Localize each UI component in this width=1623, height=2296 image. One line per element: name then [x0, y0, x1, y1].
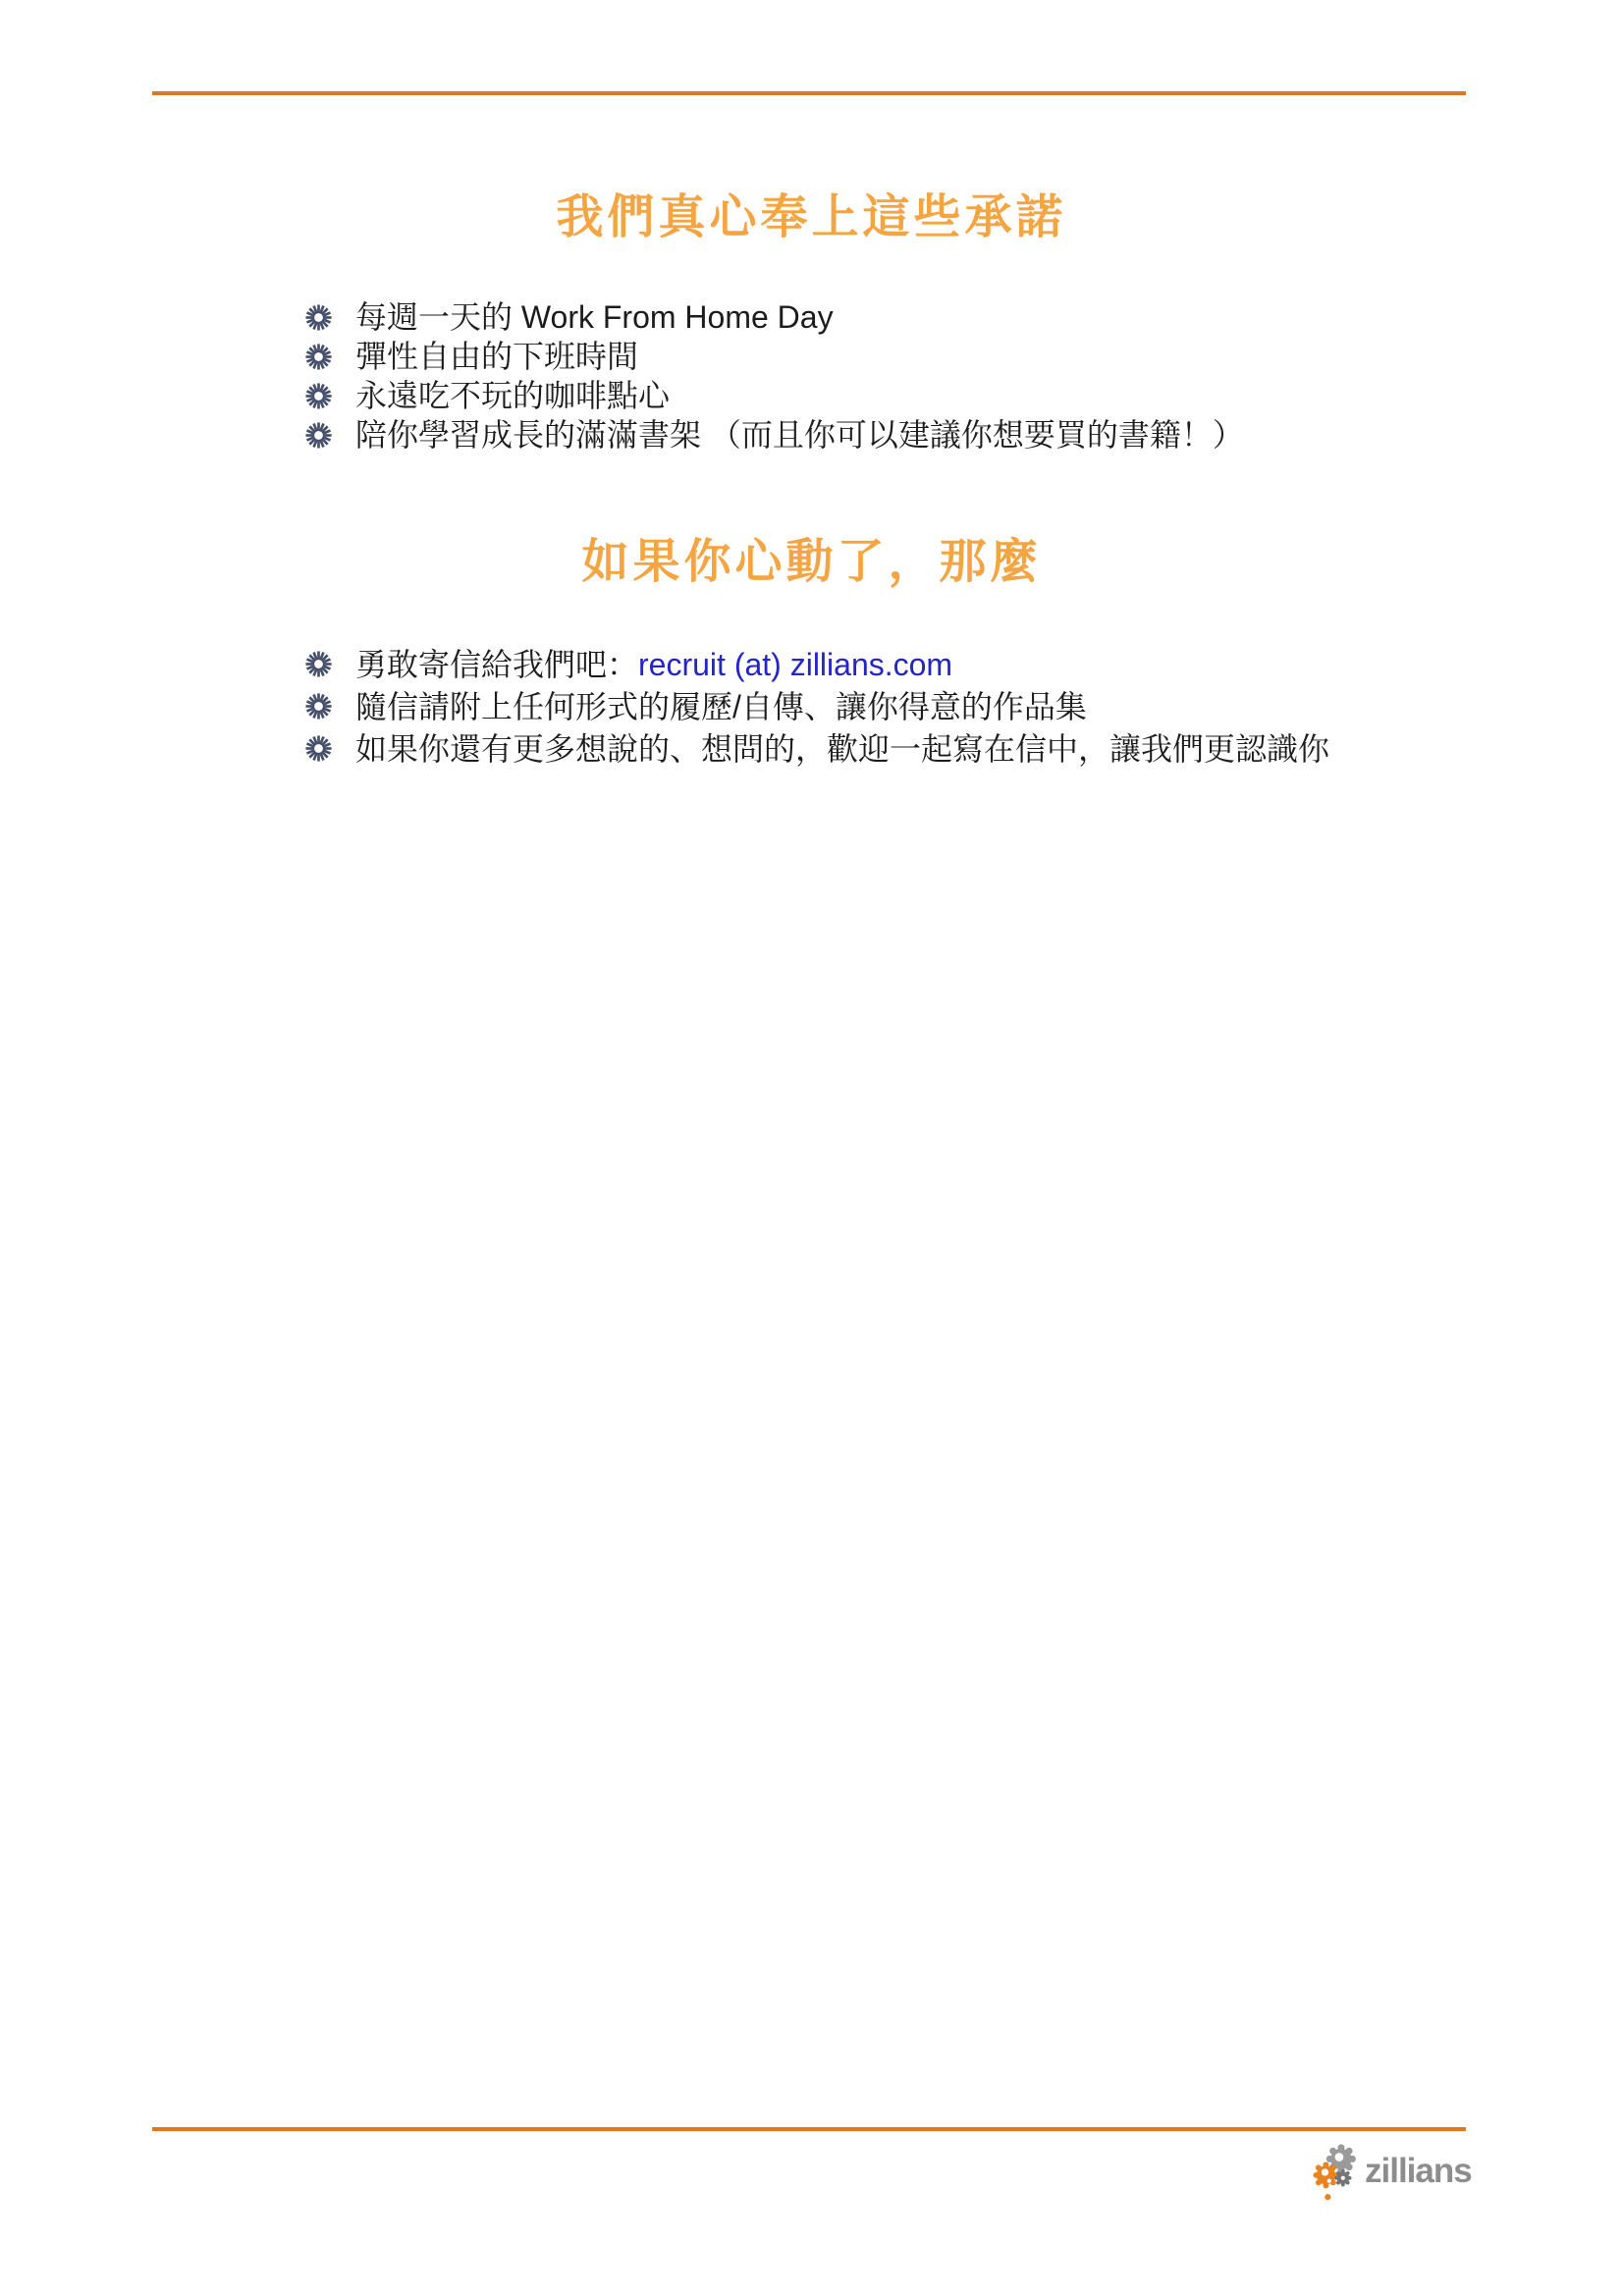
list-item-text: 彈性自由的下班時間 [355, 339, 638, 374]
list-item: 每週一天的 Work From Home Day [304, 297, 1244, 337]
list-item: 永遠吃不玩的咖啡點心 [304, 376, 1244, 415]
list-item: 隨信請附上任何形式的履歷/自傳、讓你得意的作品集 [304, 685, 1329, 727]
zillians-gear-icon [1313, 2142, 1362, 2201]
list-item: 陪你學習成長的滿滿書架 （而且你可以建議你想要買的書籍！） [304, 415, 1244, 454]
top-divider [152, 91, 1466, 95]
starburst-bullet-icon [304, 382, 333, 410]
section-heading-promises: 我們真心奉上這些承諾 [0, 190, 1623, 245]
starburst-bullet-icon [304, 650, 333, 678]
section-heading-next-steps: 如果你心動了，那麼 [0, 535, 1623, 590]
next-steps-list: 勇敢寄信給我們吧：recruit (at) zillians.com 隨信請附上… [304, 643, 1329, 770]
list-item-text: 每週一天的 Work From Home Day [355, 299, 834, 335]
bottom-divider [152, 2127, 1466, 2131]
list-item-text: 隨信請附上任何形式的履歷/自傳、讓你得意的作品集 [355, 689, 1087, 724]
list-item-text: 永遠吃不玩的咖啡點心 [355, 378, 670, 413]
list-item-text: 如果你還有更多想說的、想問的，歡迎一起寫在信中，讓我們更認識你 [355, 731, 1329, 767]
starburst-bullet-icon [304, 343, 333, 371]
starburst-bullet-icon [304, 734, 333, 763]
starburst-bullet-icon [304, 421, 333, 450]
list-item-text: 陪你學習成長的滿滿書架 （而且你可以建議你想要買的書籍！） [355, 417, 1244, 453]
promises-list: 每週一天的 Work From Home Day 彈性自由的下班時間 永遠吃不玩… [304, 297, 1244, 454]
recruit-email-link[interactable]: recruit (at) zillians.com [638, 647, 952, 682]
zillians-logo: zillians [1313, 2142, 1472, 2201]
contact-prefix: 勇敢寄信給我們吧： [355, 647, 638, 682]
document-page: 我們真心奉上這些承諾 每週一天的 Work From Home Day 彈性自由… [0, 0, 1623, 2296]
list-item: 彈性自由的下班時間 [304, 337, 1244, 376]
starburst-bullet-icon [304, 692, 333, 721]
list-item: 勇敢寄信給我們吧：recruit (at) zillians.com [304, 643, 1329, 685]
zillians-logo-text: zillians [1365, 2142, 1472, 2201]
list-item: 如果你還有更多想說的、想問的，歡迎一起寫在信中，讓我們更認識你 [304, 727, 1329, 770]
starburst-bullet-icon [304, 303, 333, 332]
list-item-text: 勇敢寄信給我們吧：recruit (at) zillians.com [355, 647, 952, 682]
